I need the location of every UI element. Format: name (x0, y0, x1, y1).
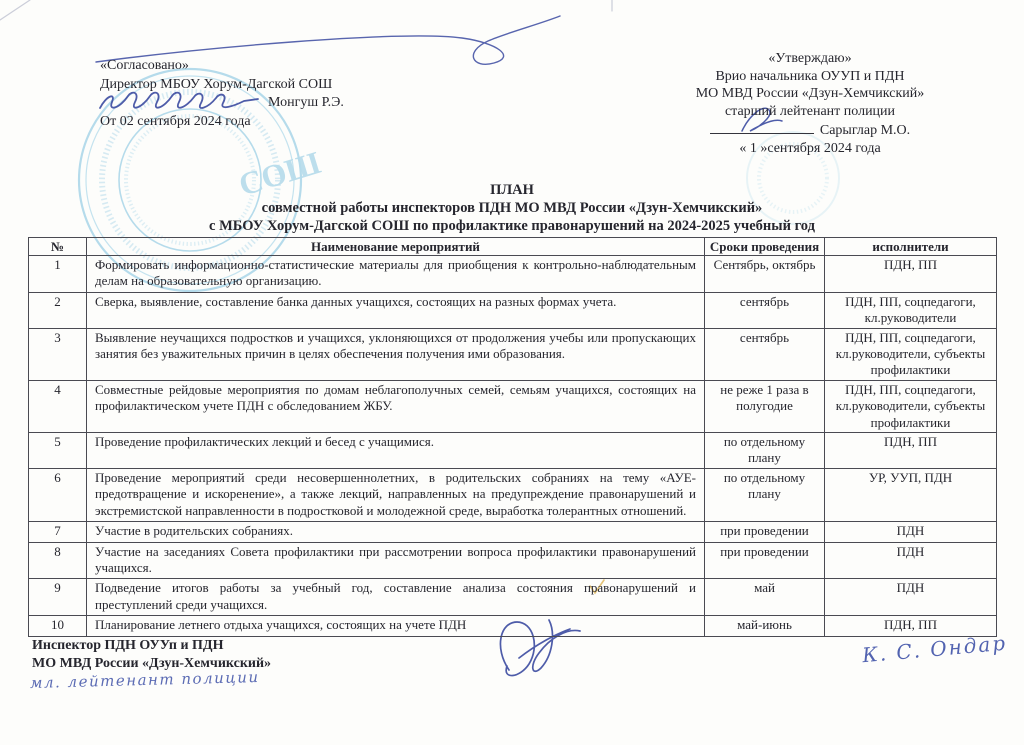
document-page: СОШ «Согласовано» Директор МБОУ Хорум-Да… (0, 0, 1024, 745)
approved-block: «Утверждаю» Врио начальника ОУУП и ПДН М… (632, 50, 988, 157)
agreed-signatory: Монгуш Р.Э. (268, 95, 344, 110)
agreed-label: «Согласовано» (100, 57, 344, 76)
approved-position-1: Врио начальника ОУУП и ПДН (632, 68, 988, 86)
row-timing: сентябрь (705, 292, 825, 328)
signature-line (710, 120, 814, 134)
title-line-1: ПЛАН (0, 181, 1024, 199)
row-activity: Участие на заседаниях Совета профилактик… (87, 542, 705, 579)
row-number: 7 (29, 522, 87, 542)
approved-date: « 1 »сентября 2024 года (632, 140, 988, 158)
row-timing: май-июнь (705, 616, 825, 636)
row-executors: ПДН (825, 522, 997, 542)
approved-signature-row: Сарыглар М.О. (632, 120, 988, 140)
row-activity: Формировать информационно-статистические… (87, 256, 705, 293)
header-executors: исполнители (825, 238, 997, 256)
table-row: 5 Проведение профилактических лекций и б… (29, 433, 997, 469)
row-activity: Совместные рейдовые мероприятия по домам… (87, 380, 705, 432)
table-row: 4 Совместные рейдовые мероприятия по дом… (29, 380, 997, 432)
row-executors: ПДН, ПП, соцпедагоги, кл.руководители (825, 292, 997, 328)
row-timing: май (705, 579, 825, 616)
approved-signatory: Сарыглар М.О. (820, 123, 910, 138)
header-activity: Наименование мероприятий (87, 238, 705, 256)
header-timing: Сроки проведения (705, 238, 825, 256)
table-row: 9 Подведение итогов работы за учебный го… (29, 579, 997, 616)
row-executors: ПДН (825, 542, 997, 579)
row-activity: Проведение профилактических лекций и бес… (87, 433, 705, 469)
approved-position-2: МО МВД России «Дзун-Хемчикский» (632, 85, 988, 103)
table-header-row: № Наименование мероприятий Сроки проведе… (29, 238, 997, 256)
row-number: 2 (29, 292, 87, 328)
row-executors: ПДН, ПП, соцпедагоги, кл.руководители, с… (825, 328, 997, 380)
table-row: 1 Формировать информационно-статистическ… (29, 256, 997, 293)
agreed-block: «Согласовано» Директор МБОУ Хорум-Дагско… (100, 57, 344, 131)
title-line-3: с МБОУ Хорум-Дагской СОШ по профилактике… (0, 217, 1024, 235)
table-row: 2 Сверка, выявление, составление банка д… (29, 292, 997, 328)
row-executors: ПДН, ПП, соцпедагоги, кл.руководители, с… (825, 380, 997, 432)
row-timing: при проведении (705, 522, 825, 542)
row-number: 9 (29, 579, 87, 616)
row-number: 5 (29, 433, 87, 469)
agreed-signature-row: Монгуш Р.Э. (100, 94, 344, 113)
row-number: 6 (29, 468, 87, 521)
row-activity: Подведение итогов работы за учебный год,… (87, 579, 705, 616)
row-timing: при проведении (705, 542, 825, 579)
row-timing: сентябрь (705, 328, 825, 380)
row-activity: Участие в родительских собраниях. (87, 522, 705, 542)
row-executors: УР, УУП, ПДН (825, 468, 997, 521)
agreed-position: Директор МБОУ Хорум-Дагской СОШ (100, 76, 344, 95)
row-timing: не реже 1 раза в полугодие (705, 380, 825, 432)
corner-scan-artifact (0, 0, 612, 20)
inspector-line-1: Инспектор ПДН ОУУп и ПДН (32, 637, 271, 655)
row-timing: по отдельному плану (705, 468, 825, 521)
row-executors: ПДН, ПП (825, 256, 997, 293)
header-num: № (29, 238, 87, 256)
row-number: 10 (29, 616, 87, 636)
row-executors: ПДН, ПП (825, 433, 997, 469)
approved-label: «Утверждаю» (632, 50, 988, 68)
table-row: 8 Участие на заседаниях Совета профилакт… (29, 542, 997, 579)
table-row: 6 Проведение мероприятий среди несоверше… (29, 468, 997, 521)
agreed-date: От 02 сентября 2024 года (100, 113, 344, 132)
table-row: 10 Планирование летнего отдыха учащихся,… (29, 616, 997, 636)
row-timing: по отдельному плану (705, 433, 825, 469)
table-row: 3 Выявление неучащихся подростков и учащ… (29, 328, 997, 380)
title-line-2: совместной работы инспекторов ПДН МО МВД… (0, 199, 1024, 217)
row-number: 8 (29, 542, 87, 579)
row-number: 4 (29, 380, 87, 432)
table-row: 7 Участие в родительских собраниях. при … (29, 522, 997, 542)
row-number: 3 (29, 328, 87, 380)
row-activity: Проведение мероприятий среди несовершенн… (87, 468, 705, 521)
row-activity: Сверка, выявление, составление банка дан… (87, 292, 705, 328)
row-activity: Планирование летнего отдыха учащихся, со… (87, 616, 705, 636)
row-executors: ПДН (825, 579, 997, 616)
plan-table: № Наименование мероприятий Сроки проведе… (28, 237, 997, 637)
inspector-block: Инспектор ПДН ОУУп и ПДН МО МВД России «… (32, 637, 271, 672)
approved-position-3: старший лейтенант полиции (632, 103, 988, 121)
document-title: ПЛАН совместной работы инспекторов ПДН М… (0, 181, 1024, 235)
row-number: 1 (29, 256, 87, 293)
row-timing: Сентябрь, октябрь (705, 256, 825, 293)
row-activity: Выявление неучащихся подростков и учащих… (87, 328, 705, 380)
